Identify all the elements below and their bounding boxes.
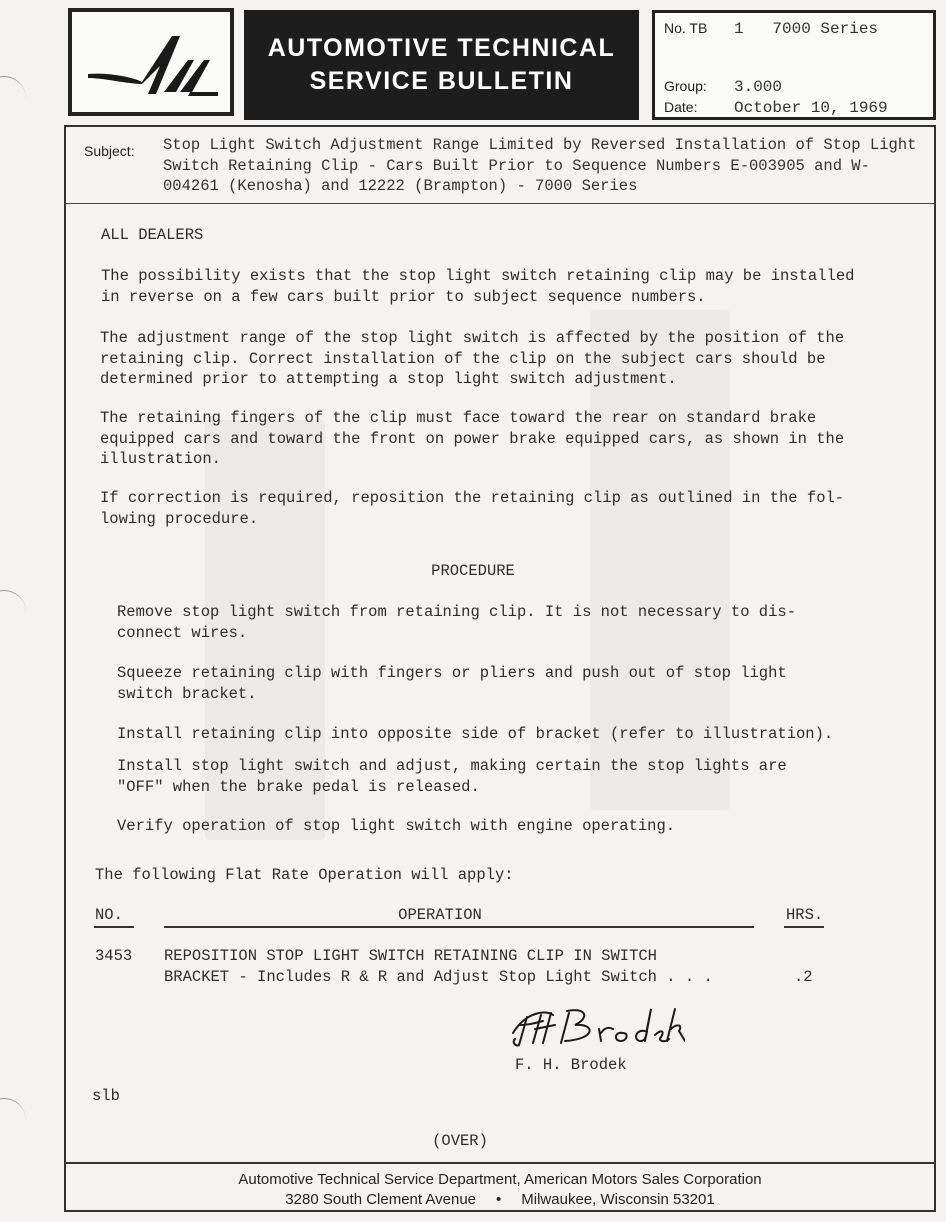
- column-header-operation: OPERATION: [340, 906, 540, 924]
- subject-row: Subject: Stop Light Switch Adjustment Ra…: [66, 127, 934, 204]
- procedure-step-2: Squeeze retaining clip with fingers or p…: [117, 663, 917, 704]
- footer: Automotive Technical Service Department,…: [64, 1162, 936, 1212]
- group-label: Group:: [664, 78, 734, 94]
- paragraph-3: The retaining fingers of the clip must f…: [100, 408, 920, 470]
- bulletin-number: No. TB1 7000 Series: [664, 20, 878, 38]
- typist-initials: slb: [92, 1086, 120, 1107]
- footer-street: 3280 South Clement Avenue: [285, 1191, 476, 1208]
- binder-hole: [0, 590, 26, 635]
- footer-address-line: 3280 South Clement Avenue•Milwaukee, Wis…: [64, 1190, 936, 1210]
- operation-number: 3453: [95, 946, 132, 967]
- procedure-step-1: Remove stop light switch from retaining …: [117, 602, 917, 643]
- footer-department: Automotive Technical Service Department,…: [64, 1170, 936, 1190]
- operation-description: REPOSITION STOP LIGHT SWITCH RETAINING C…: [164, 946, 774, 987]
- paragraph-4: If correction is required, reposition th…: [100, 488, 920, 529]
- date-value: October 10, 1969: [734, 99, 888, 117]
- procedure-step-3: Install retaining clip into opposite sid…: [117, 724, 917, 745]
- handwritten-signature: [505, 1003, 685, 1054]
- bullet-separator-icon: •: [496, 1190, 501, 1210]
- flat-rate-intro: The following Flat Rate Operation will a…: [95, 865, 514, 886]
- procedure-heading: PROCEDURE: [330, 561, 616, 582]
- signature-icon: [505, 1003, 685, 1049]
- header-underline: [164, 926, 754, 928]
- paragraph-2: The adjustment range of the stop light s…: [100, 328, 920, 390]
- column-header-hrs: HRS.: [786, 906, 823, 924]
- number-label: No. TB: [664, 20, 734, 36]
- subject-label: Subject:: [84, 143, 135, 159]
- bulletin-title-banner: AUTOMOTIVE TECHNICAL SERVICE BULLETIN: [244, 10, 639, 120]
- header-underline: [94, 926, 134, 928]
- bulletin-group: Group:3.000: [664, 78, 782, 96]
- page-continue-note: (OVER): [400, 1131, 520, 1152]
- column-header-no: NO.: [95, 906, 123, 924]
- date-label: Date:: [664, 99, 734, 115]
- footer-city: Milwaukee, Wisconsin 53201: [521, 1191, 714, 1208]
- procedure-step-4: Install stop light switch and adjust, ma…: [117, 756, 917, 797]
- binder-hole: [0, 1098, 26, 1143]
- am-logo: [68, 8, 234, 116]
- signer-name: F. H. Brodek: [515, 1055, 627, 1076]
- paragraph-1: The possibility exists that the stop lig…: [101, 266, 921, 307]
- operation-hours: .2: [794, 967, 813, 988]
- bulletin-date: Date:October 10, 1969: [664, 99, 888, 117]
- title-line-2: SERVICE BULLETIN: [244, 67, 639, 96]
- subject-text: Stop Light Switch Adjustment Range Limit…: [163, 135, 923, 197]
- group-value: 3.000: [734, 78, 782, 96]
- title-line-1: AUTOMOTIVE TECHNICAL: [244, 34, 639, 63]
- binder-hole: [0, 76, 26, 121]
- salutation: ALL DEALERS: [101, 225, 203, 246]
- number-value: 1 7000 Series: [734, 20, 878, 38]
- header-underline: [784, 926, 824, 928]
- procedure-step-5: Verify operation of stop light switch wi…: [117, 816, 917, 837]
- am-logo-icon: [80, 22, 226, 108]
- bulletin-info-box: No. TB1 7000 Series Group:3.000 Date:Oct…: [652, 10, 936, 120]
